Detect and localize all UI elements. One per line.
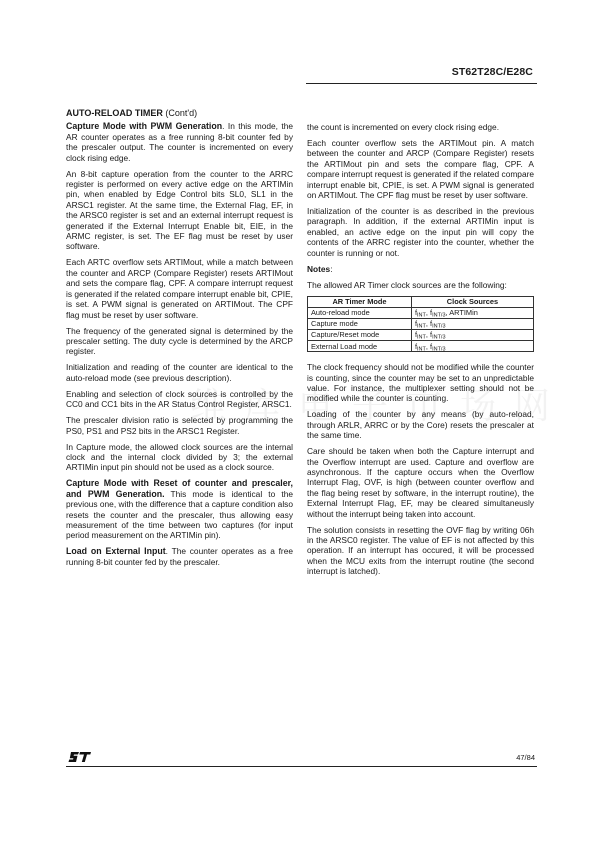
clock-source-cell: fINT, fINT/3, ARTIMin xyxy=(411,307,533,318)
clock-source-cell: fINT, fINT/3 xyxy=(411,329,533,340)
subscript: INT xyxy=(417,324,426,330)
footer-divider xyxy=(66,766,537,767)
paragraph: Load on External Input. The counter oper… xyxy=(66,546,293,567)
table-row: Capture mode fINT, fINT/3 xyxy=(308,318,534,329)
clock-sources-table: AR Timer Mode Clock Sources Auto-reload … xyxy=(307,296,534,352)
subscript: INT/3 xyxy=(432,313,445,319)
subheading: Load on External Input xyxy=(66,546,166,556)
subscript: INT xyxy=(417,313,426,319)
header-divider xyxy=(306,83,537,84)
table-row: External Load mode fINT, fINT/3 xyxy=(308,341,534,352)
paragraph: The prescaler division ratio is selected… xyxy=(66,415,293,436)
subscript: INT xyxy=(417,335,426,341)
mode-cell: Capture mode xyxy=(308,318,412,329)
clock-source-cell: fINT, fINT/3 xyxy=(411,341,533,352)
mode-cell: Auto-reload mode xyxy=(308,307,412,318)
page-number: 47/84 xyxy=(516,753,535,762)
paragraph: An 8-bit capture operation from the coun… xyxy=(66,169,293,252)
section-title-suffix: (Cont'd) xyxy=(163,108,197,118)
document-title: ST62T28C/E28C xyxy=(452,66,533,78)
paragraph: The solution consists in resetting the O… xyxy=(307,525,534,577)
subscript: INT xyxy=(417,346,426,352)
paragraph: The clock frequency should not be modifi… xyxy=(307,362,534,404)
left-column: AUTO-RELOAD TIMER (Cont'd) Capture Mode … xyxy=(66,108,293,573)
paragraph: Loading of the counter by any means (by … xyxy=(307,409,534,440)
paragraph: In Capture mode, the allowed clock sourc… xyxy=(66,442,293,473)
paragraph: Enabling and selection of clock sources … xyxy=(66,389,293,410)
st-logo-icon xyxy=(68,751,92,763)
subscript: INT/3 xyxy=(432,335,445,341)
column-header: AR Timer Mode xyxy=(308,296,412,307)
paragraph: Each counter overflow sets the ARTIMout … xyxy=(307,138,534,200)
table-header-row: AR Timer Mode Clock Sources xyxy=(308,296,534,307)
section-title-main: AUTO-RELOAD TIMER xyxy=(66,108,163,118)
notes-label: Notes: xyxy=(307,264,534,274)
paragraph: Care should be taken when both the Captu… xyxy=(307,446,534,519)
column-header: Clock Sources xyxy=(411,296,533,307)
section-title: AUTO-RELOAD TIMER (Cont'd) xyxy=(66,108,293,118)
subscript: INT/3 xyxy=(432,346,445,352)
paragraph: Capture Mode with PWM Generation. In thi… xyxy=(66,121,293,163)
right-column: the count is incremented on every clock … xyxy=(307,122,534,582)
subscript: INT/3 xyxy=(432,324,445,330)
paragraph: The allowed AR Timer clock sources are t… xyxy=(307,280,534,290)
extra-source: , ARTIMin xyxy=(446,308,478,317)
paragraph: Initialization and reading of the counte… xyxy=(66,362,293,383)
notes-colon: : xyxy=(330,264,332,274)
mode-cell: Capture/Reset mode xyxy=(308,329,412,340)
paragraph: Each ARTC overflow sets ARTIMout, while … xyxy=(66,257,293,319)
mode-cell: External Load mode xyxy=(308,341,412,352)
paragraph: Initialization of the counter is as desc… xyxy=(307,206,534,258)
table-row: Auto-reload mode fINT, fINT/3, ARTIMin xyxy=(308,307,534,318)
paragraph: Capture Mode with Reset of counter and p… xyxy=(66,478,293,540)
subheading: Capture Mode with PWM Generation xyxy=(66,121,222,131)
table-row: Capture/Reset mode fINT, fINT/3 xyxy=(308,329,534,340)
paragraph: the count is incremented on every clock … xyxy=(307,122,534,132)
clock-source-cell: fINT, fINT/3 xyxy=(411,318,533,329)
paragraph: The frequency of the generated signal is… xyxy=(66,326,293,357)
notes-label-text: Notes xyxy=(307,264,330,274)
